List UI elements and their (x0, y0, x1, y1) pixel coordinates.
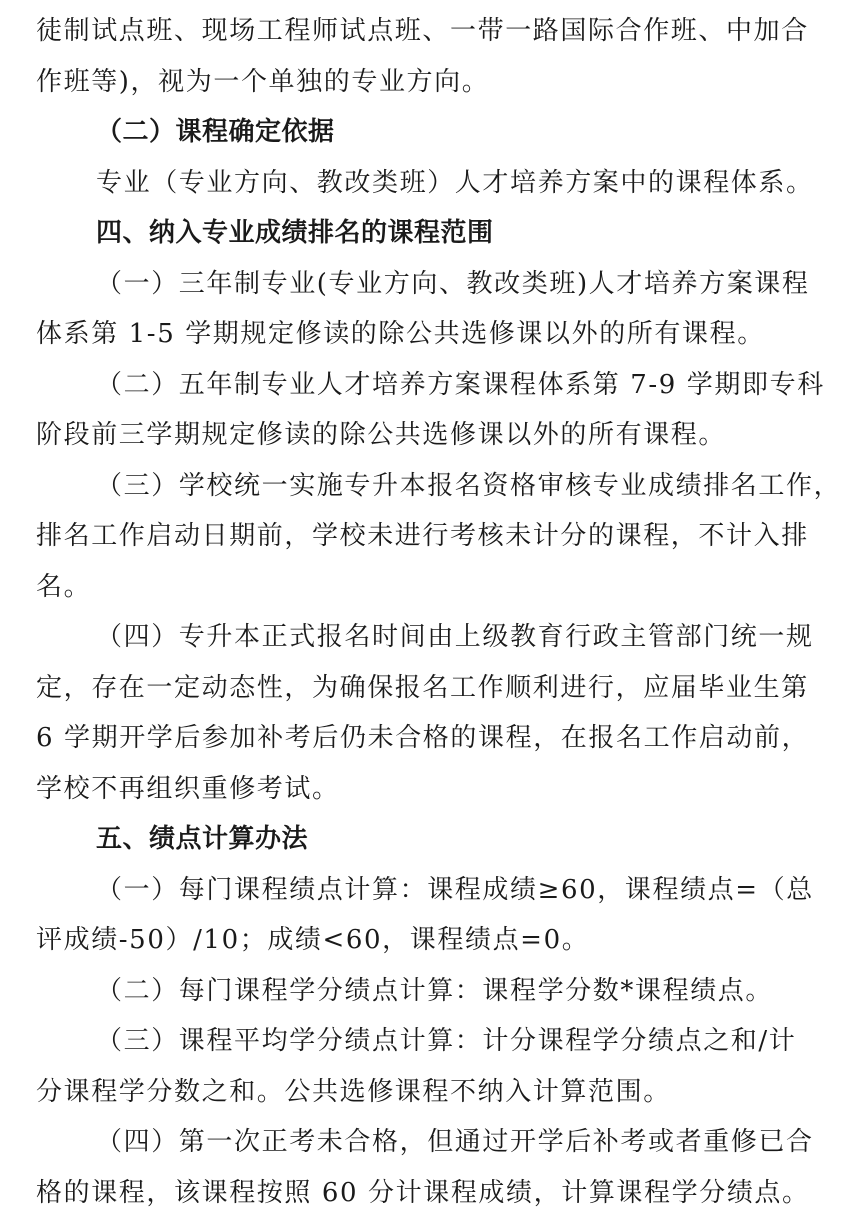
paragraph-line: （三）课程平均学分绩点计算：计分课程学分绩点之和/计 (96, 1024, 796, 1058)
paragraph-line: 专业（专业方向、教改类班）人才培养方案中的课程体系。 (96, 166, 814, 200)
paragraph-line: 阶段前三学期规定修读的除公共选修课以外的所有课程。 (36, 418, 726, 452)
paragraph-line: （四）第一次正考未合格，但通过开学后补考或者重修已合 (96, 1125, 814, 1159)
section-heading: （二）课程确定依据 (96, 115, 335, 149)
paragraph-line: 评成绩-50）/10；成绩<60，课程绩点=0。 (36, 923, 589, 957)
paragraph-line: 作班等)，视为一个单独的专业方向。 (36, 65, 489, 99)
paragraph-line: （三）学校统一实施专升本报名资格审核专业成绩排名工作， (96, 469, 841, 503)
paragraph-line: 格的课程，该课程按照 60 分计课程成绩，计算课程学分绩点。 (36, 1176, 810, 1210)
paragraph-line: 6 学期开学后参加补考后仍未合格的课程，在报名工作启动前， (36, 721, 809, 755)
paragraph-line: 分课程学分数之和。公共选修课程不纳入计算范围。 (36, 1075, 671, 1109)
paragraph-line: 名。 (36, 570, 91, 604)
paragraph-line: （一）每门课程绩点计算：课程成绩≥60，课程绩点=（总 (96, 873, 814, 907)
paragraph-line: 徒制试点班、现场工程师试点班、一带一路国际合作班、中加合 (36, 14, 809, 48)
paragraph-line: （四）专升本正式报名时间由上级教育行政主管部门统一规 (96, 620, 814, 654)
paragraph-line: （二）每门课程学分绩点计算：课程学分数*课程绩点。 (96, 974, 773, 1008)
section-heading: 四、纳入专业成绩排名的课程范围 (96, 216, 494, 250)
paragraph-line: （一）三年制专业(专业方向、教改类班)人才培养方案课程 (96, 267, 810, 301)
paragraph-line: 排名工作启动日期前，学校未进行考核未计分的课程，不计入排 (36, 519, 809, 553)
paragraph-line: 定，存在一定动态性，为确保报名工作顺利进行，应届毕业生第 (36, 671, 809, 705)
section-heading: 五、绩点计算办法 (96, 822, 308, 856)
paragraph-line: 学校不再组织重修考试。 (36, 772, 340, 806)
paragraph-line: 体系第 1-5 学期规定修读的除公共选修课以外的所有课程。 (36, 317, 765, 351)
paragraph-line: （二）五年制专业人才培养方案课程体系第 7-9 学期即专科 (96, 368, 825, 402)
